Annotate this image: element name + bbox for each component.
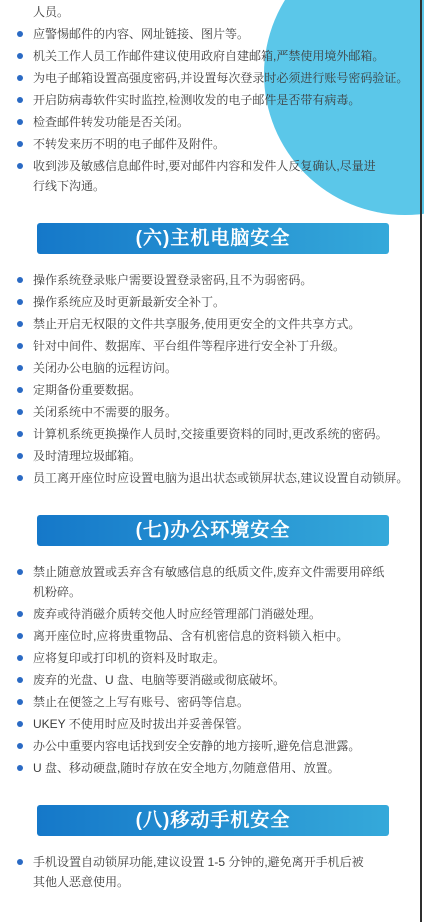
article-content: 人员。 应警惕邮件的内容、网址链接、图片等。 机关工作人员工作邮件建议使用政府自… [0,0,424,892]
section-host-computer-security: (六)主机电脑安全 操作系统登录账户需要设置登录密码,且不为弱密码。 操作系统应… [0,223,424,488]
bullet-dot-icon [17,31,23,37]
list-item: 及时清理垃圾邮箱。 [17,446,420,466]
bullet-dot-icon [17,409,23,415]
list-item: 废弃的光盘、U 盘、电脑等要消磁或彻底破坏。 [17,670,420,690]
list-item: 办公中重要内容电话找到安全安静的地方接听,避免信息泄露。 [17,736,420,756]
list-item: 离开座位时,应将贵重物品、含有机密信息的资料锁入柜中。 [17,626,420,646]
guideline-text: 计算机系统更换操作人员时,交接重要资料的同时,更改系统的密码。 [33,424,420,444]
guideline-text: 应将复印或打印机的资料及时取走。 [33,648,420,668]
bullet-dot-icon [17,743,23,749]
host-computer-security-list: 操作系统登录账户需要设置登录密码,且不为弱密码。 操作系统应及时更新最新安全补丁… [0,270,424,488]
guideline-text: 离开座位时,应将贵重物品、含有机密信息的资料锁入柜中。 [33,626,420,646]
bullet-dot-icon [17,475,23,481]
bullet-dot-icon [17,141,23,147]
guideline-text: 机关工作人员工作邮件建议使用政府自建邮箱,严禁使用境外邮箱。 [33,46,420,66]
bullet-dot-icon [17,119,23,125]
bullet-dot-icon [17,859,23,865]
guideline-text: 员工离开座位时应设置电脑为退出状态或锁屏状态,建议设置自动锁屏。 [33,468,420,488]
guideline-text: 关闭系统中不需要的服务。 [33,402,420,422]
bullet-dot-icon [17,765,23,771]
guideline-text: 针对中间件、数据库、平台组件等程序进行安全补丁升级。 [33,336,420,356]
list-item: 开启防病毒软件实时监控,检测收发的电子邮件是否带有病毒。 [17,90,420,110]
section-office-environment-security: (七)办公环境安全 禁止随意放置或丢弃含有敏感信息的纸质文件,废弃文件需要用碎纸… [0,515,424,778]
guideline-text: 操作系统应及时更新最新安全补丁。 [33,292,420,312]
guideline-text: 不转发来历不明的电子邮件及附件。 [33,134,420,154]
bullet-dot-icon [17,431,23,437]
section-mobile-phone-security: (八)移动手机安全 手机设置自动锁屏功能,建议设置 1-5 分钟的,避免离开手机… [0,805,424,892]
guideline-text: 手机设置自动锁屏功能,建议设置 1-5 分钟的,避免离开手机后被 其他人恶意使用… [33,852,420,892]
bullet-dot-icon [17,721,23,727]
continuation-text: 人员。 [33,2,420,22]
office-environment-security-list: 禁止随意放置或丢弃含有敏感信息的纸质文件,废弃文件需要用碎纸 机粉碎。 废弃或待… [0,562,424,778]
list-item: 不转发来历不明的电子邮件及附件。 [17,134,420,154]
guideline-text: 废弃的光盘、U 盘、电脑等要消磁或彻底破坏。 [33,670,420,690]
bullet-dot-icon [17,343,23,349]
bullet-dot-icon [17,277,23,283]
bullet-dot-icon [17,655,23,661]
list-item: 关闭系统中不需要的服务。 [17,402,420,422]
bullet-dot-icon [17,321,23,327]
guideline-text: 应警惕邮件的内容、网址链接、图片等。 [33,24,420,44]
list-item: 操作系统登录账户需要设置登录密码,且不为弱密码。 [17,270,420,290]
security-guideline-page: 人员。 应警惕邮件的内容、网址链接、图片等。 机关工作人员工作邮件建议使用政府自… [0,0,424,922]
list-item: 禁止开启无权限的文件共享服务,使用更安全的文件共享方式。 [17,314,420,334]
mobile-phone-security-list: 手机设置自动锁屏功能,建议设置 1-5 分钟的,避免离开手机后被 其他人恶意使用… [0,852,424,892]
list-item: 定期备份重要数据。 [17,380,420,400]
bullet-dot-icon [17,611,23,617]
guideline-text: 操作系统登录账户需要设置登录密码,且不为弱密码。 [33,270,420,290]
list-item: 机关工作人员工作邮件建议使用政府自建邮箱,严禁使用境外邮箱。 [17,46,420,66]
bullet-dot-icon [17,677,23,683]
list-item: 禁止在便签之上写有账号、密码等信息。 [17,692,420,712]
guideline-text: 禁止开启无权限的文件共享服务,使用更安全的文件共享方式。 [33,314,420,334]
list-item: 计算机系统更换操作人员时,交接重要资料的同时,更改系统的密码。 [17,424,420,444]
bullet-dot-icon [17,365,23,371]
guideline-text: 为电子邮箱设置高强度密码,并设置每次登录时必须进行账号密码验证。 [33,68,420,88]
list-item: 检查邮件转发功能是否关闭。 [17,112,420,132]
list-item: 禁止随意放置或丢弃含有敏感信息的纸质文件,废弃文件需要用碎纸 机粉碎。 [17,562,420,602]
list-item: 应警惕邮件的内容、网址链接、图片等。 [17,24,420,44]
list-item: UKEY 不使用时应及时拔出并妥善保管。 [17,714,420,734]
section-banner-eight: (八)移动手机安全 [37,805,389,836]
guideline-text: 检查邮件转发功能是否关闭。 [33,112,420,132]
email-security-list: 应警惕邮件的内容、网址链接、图片等。 机关工作人员工作邮件建议使用政府自建邮箱,… [0,24,424,196]
list-item: 应将复印或打印机的资料及时取走。 [17,648,420,668]
guideline-text: 开启防病毒软件实时监控,检测收发的电子邮件是否带有病毒。 [33,90,420,110]
bullet-dot-icon [17,163,23,169]
guideline-text: 禁止在便签之上写有账号、密码等信息。 [33,692,420,712]
section-banner-six: (六)主机电脑安全 [37,223,389,254]
list-item: 员工离开座位时应设置电脑为退出状态或锁屏状态,建议设置自动锁屏。 [17,468,420,488]
bullet-dot-icon [17,387,23,393]
guideline-text: 关闭办公电脑的远程访问。 [33,358,420,378]
page-edge-line [420,0,422,922]
bullet-dot-icon [17,299,23,305]
guideline-text: UKEY 不使用时应及时拔出并妥善保管。 [33,714,420,734]
bullet-dot-icon [17,633,23,639]
bullet-dot-icon [17,699,23,705]
bullet-dot-icon [17,569,23,575]
list-item: 废弃或待消磁介质转交他人时应经管理部门消磁处理。 [17,604,420,624]
list-item: 为电子邮箱设置高强度密码,并设置每次登录时必须进行账号密码验证。 [17,68,420,88]
guideline-text: 定期备份重要数据。 [33,380,420,400]
guideline-text: 收到涉及敏感信息邮件时,要对邮件内容和发件人反复确认,尽量进 行线下沟通。 [33,156,420,196]
bullet-dot-icon [17,53,23,59]
list-item: U 盘、移动硬盘,随时存放在安全地方,勿随意借用、放置。 [17,758,420,778]
bullet-dot-icon [17,97,23,103]
list-item: 针对中间件、数据库、平台组件等程序进行安全补丁升级。 [17,336,420,356]
guideline-text: 办公中重要内容电话找到安全安静的地方接听,避免信息泄露。 [33,736,420,756]
list-item: 收到涉及敏感信息邮件时,要对邮件内容和发件人反复确认,尽量进 行线下沟通。 [17,156,420,196]
guideline-text: 禁止随意放置或丢弃含有敏感信息的纸质文件,废弃文件需要用碎纸 机粉碎。 [33,562,420,602]
list-item: 操作系统应及时更新最新安全补丁。 [17,292,420,312]
guideline-text: 废弃或待消磁介质转交他人时应经管理部门消磁处理。 [33,604,420,624]
bullet-dot-icon [17,75,23,81]
list-item: 关闭办公电脑的远程访问。 [17,358,420,378]
list-item: 手机设置自动锁屏功能,建议设置 1-5 分钟的,避免离开手机后被 其他人恶意使用… [17,852,420,892]
guideline-text: 及时清理垃圾邮箱。 [33,446,420,466]
guideline-text: U 盘、移动硬盘,随时存放在安全地方,勿随意借用、放置。 [33,758,420,778]
section-banner-seven: (七)办公环境安全 [37,515,389,546]
bullet-dot-icon [17,453,23,459]
